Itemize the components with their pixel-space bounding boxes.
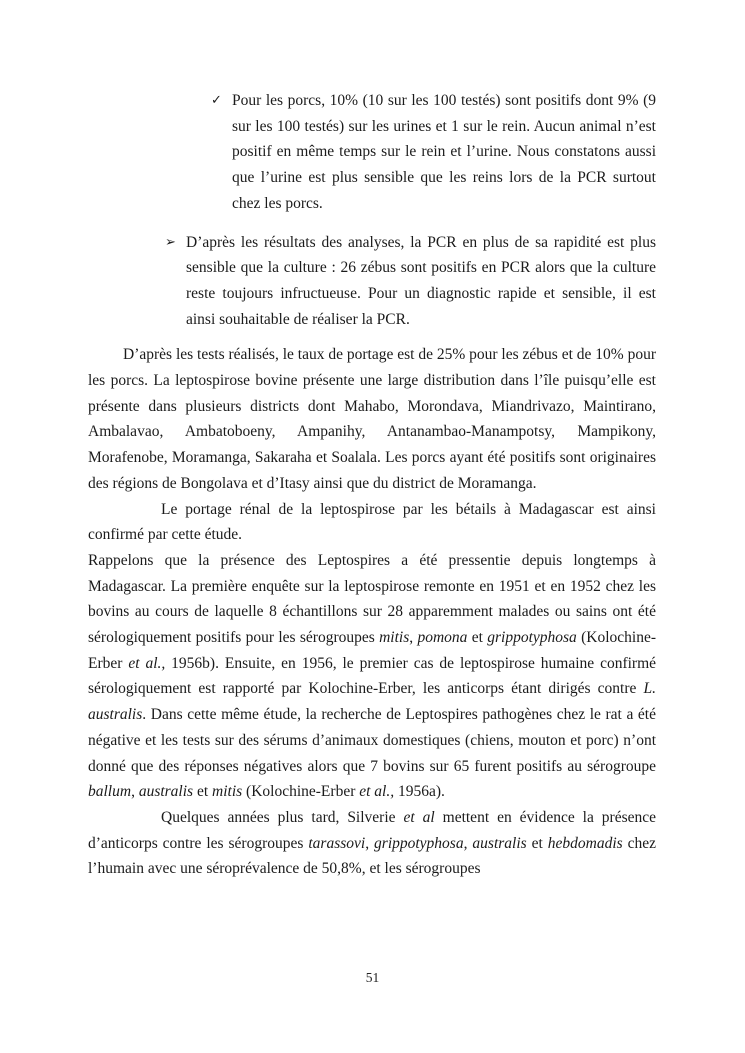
- arrowhead-bullet-icon: ➢: [165, 230, 186, 333]
- page-number: 51: [0, 969, 745, 987]
- paragraph-quelques-annees: Quelques années plus tard, Silverie et a…: [88, 805, 656, 882]
- paragraph-rappelons-historique: Rappelons que la présence des Leptospire…: [88, 548, 656, 805]
- document-page: ✓ Pour les porcs, 10% (10 sur les 100 te…: [0, 0, 745, 1053]
- checkmark-bullet-icon: ✓: [211, 88, 232, 217]
- bullet-text-pcr-culture: D’après les résultats des analyses, la P…: [186, 230, 656, 333]
- bullet-item-pcr-porcs: ✓ Pour les porcs, 10% (10 sur les 100 te…: [211, 88, 656, 217]
- bullet-text-pcr-porcs: Pour les porcs, 10% (10 sur les 100 test…: [232, 88, 656, 217]
- bullet-item-pcr-culture: ➢ D’après les résultats des analyses, la…: [165, 230, 656, 333]
- paragraph-portage-renal: Le portage rénal de la leptospirose par …: [88, 497, 656, 548]
- paragraph-taux-portage: D’après les tests réalisés, le taux de p…: [88, 342, 656, 496]
